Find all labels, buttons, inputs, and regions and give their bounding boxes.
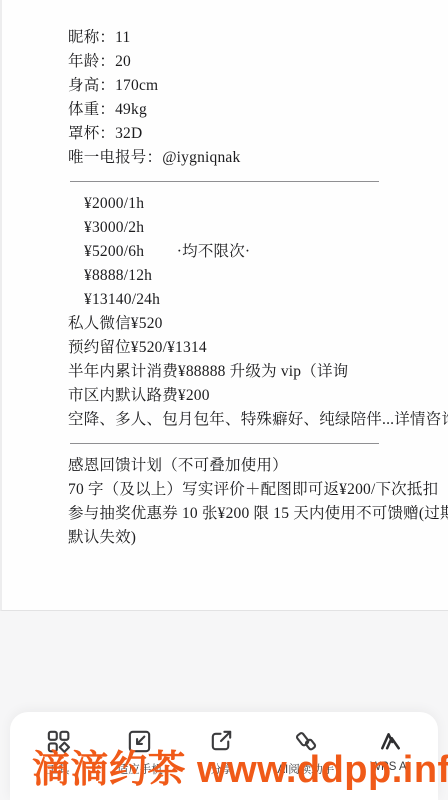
screen: 昵称：11 年龄：20 身高：170cm 体重：49kg 罩杯：32D 唯一电报… [0,0,448,800]
toolbar-item-label: 适应手机 [117,761,163,777]
toolbar-item-share[interactable]: 分享 [196,728,248,777]
toolbar-item-label: 分享 [210,761,233,777]
share-icon [208,728,235,755]
toolbar-item-label: WPS AI [370,761,410,773]
info-line: 空降、多人、包月包年、特殊癖好、纯绿陪伴...详情咨询 [68,408,448,432]
fit-phone-icon [126,728,153,755]
info-line: 市区内默认路费¥200 [68,384,448,408]
reward-line: 70 字（及以上）写实评价＋配图即可返¥200/下次抵扣 [68,478,448,502]
profile-line: 体重：49kg [68,98,448,122]
price-line: ¥2000/1h [84,192,448,216]
toolbar-item-label: AI阅读助手 [277,761,334,777]
info-line: 预约留位¥520/¥1314 [68,336,448,360]
info-line: 私人微信¥520 [68,312,448,336]
price-line: ¥5200/6h ·均不限次· [84,240,448,264]
reward-line: 参与抽奖优惠券 10 张¥200 限 15 天内使用不可馈赠(过期 [68,502,448,526]
reward-line: 感恩回馈计划（不可叠加使用） [68,454,448,478]
ai-reading-assistant-icon [292,728,319,755]
toolbar-item-tools[interactable]: 工具 [32,728,84,777]
wps-ai-icon [377,728,404,755]
profile-line: 身高：170cm [68,74,448,98]
grid-tools-icon [45,728,72,755]
info-line: 半年内累计消费¥88888 升级为 vip（详询 [68,360,448,384]
price-line: ¥8888/12h [84,264,448,288]
profile-line: 唯一电报号：@iygniqnak [68,146,448,170]
bottom-toolbar: 工具 适应手机 分享 [10,712,438,800]
separator-line [70,181,379,182]
profile-line: 罩杯：32D [68,122,448,146]
reward-line: 默认失效) [68,526,448,550]
toolbar-item-wps-ai[interactable]: WPS AI [364,728,416,773]
price-line: ¥13140/24h [84,288,448,312]
document-page: 昵称：11 年龄：20 身高：170cm 体重：49kg 罩杯：32D 唯一电报… [0,0,448,611]
separator-line [70,443,379,444]
profile-line: 昵称：11 [68,26,448,50]
profile-line: 年龄：20 [68,50,448,74]
price-line: ¥3000/2h [84,216,448,240]
toolbar-item-ai-reading[interactable]: AI阅读助手 [277,728,334,777]
toolbar-item-label: 工具 [47,761,70,777]
toolbar-item-fit-phone[interactable]: 适应手机 [114,728,166,777]
